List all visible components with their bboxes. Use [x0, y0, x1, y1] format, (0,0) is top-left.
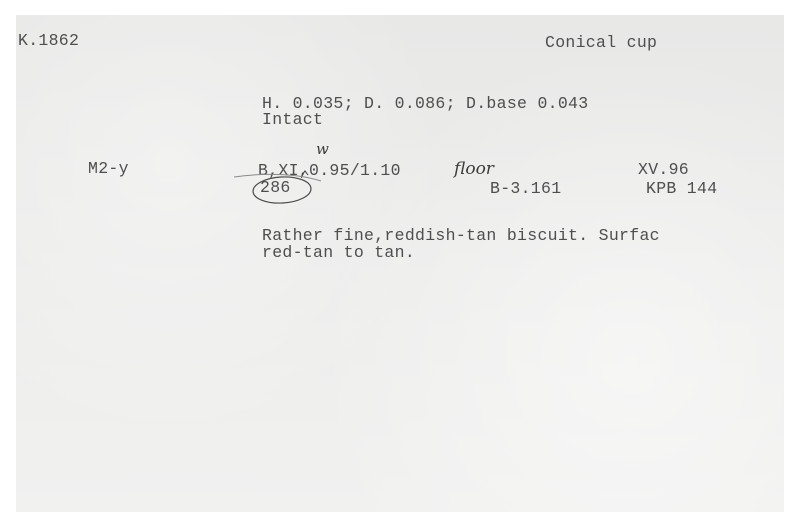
object-type: Conical cup	[545, 34, 657, 52]
handwritten-note: floor	[454, 159, 494, 179]
catalog-number: K.1862	[18, 32, 79, 50]
condition: Intact	[262, 111, 323, 129]
handwritten-marks	[16, 15, 784, 512]
notebook-ref: XV.96	[638, 161, 689, 179]
handwritten-superscript: w	[316, 140, 329, 158]
section-ref: B-3.161	[490, 180, 561, 198]
grid-reference: M2-y	[88, 160, 129, 178]
catalog-card: K.1862 Conical cup H. 0.035; D. 0.086; D…	[16, 15, 784, 512]
description-line-2: red-tan to tan.	[262, 244, 415, 262]
lot-number: 286	[260, 179, 291, 197]
publication-ref: KPB 144	[646, 180, 717, 198]
